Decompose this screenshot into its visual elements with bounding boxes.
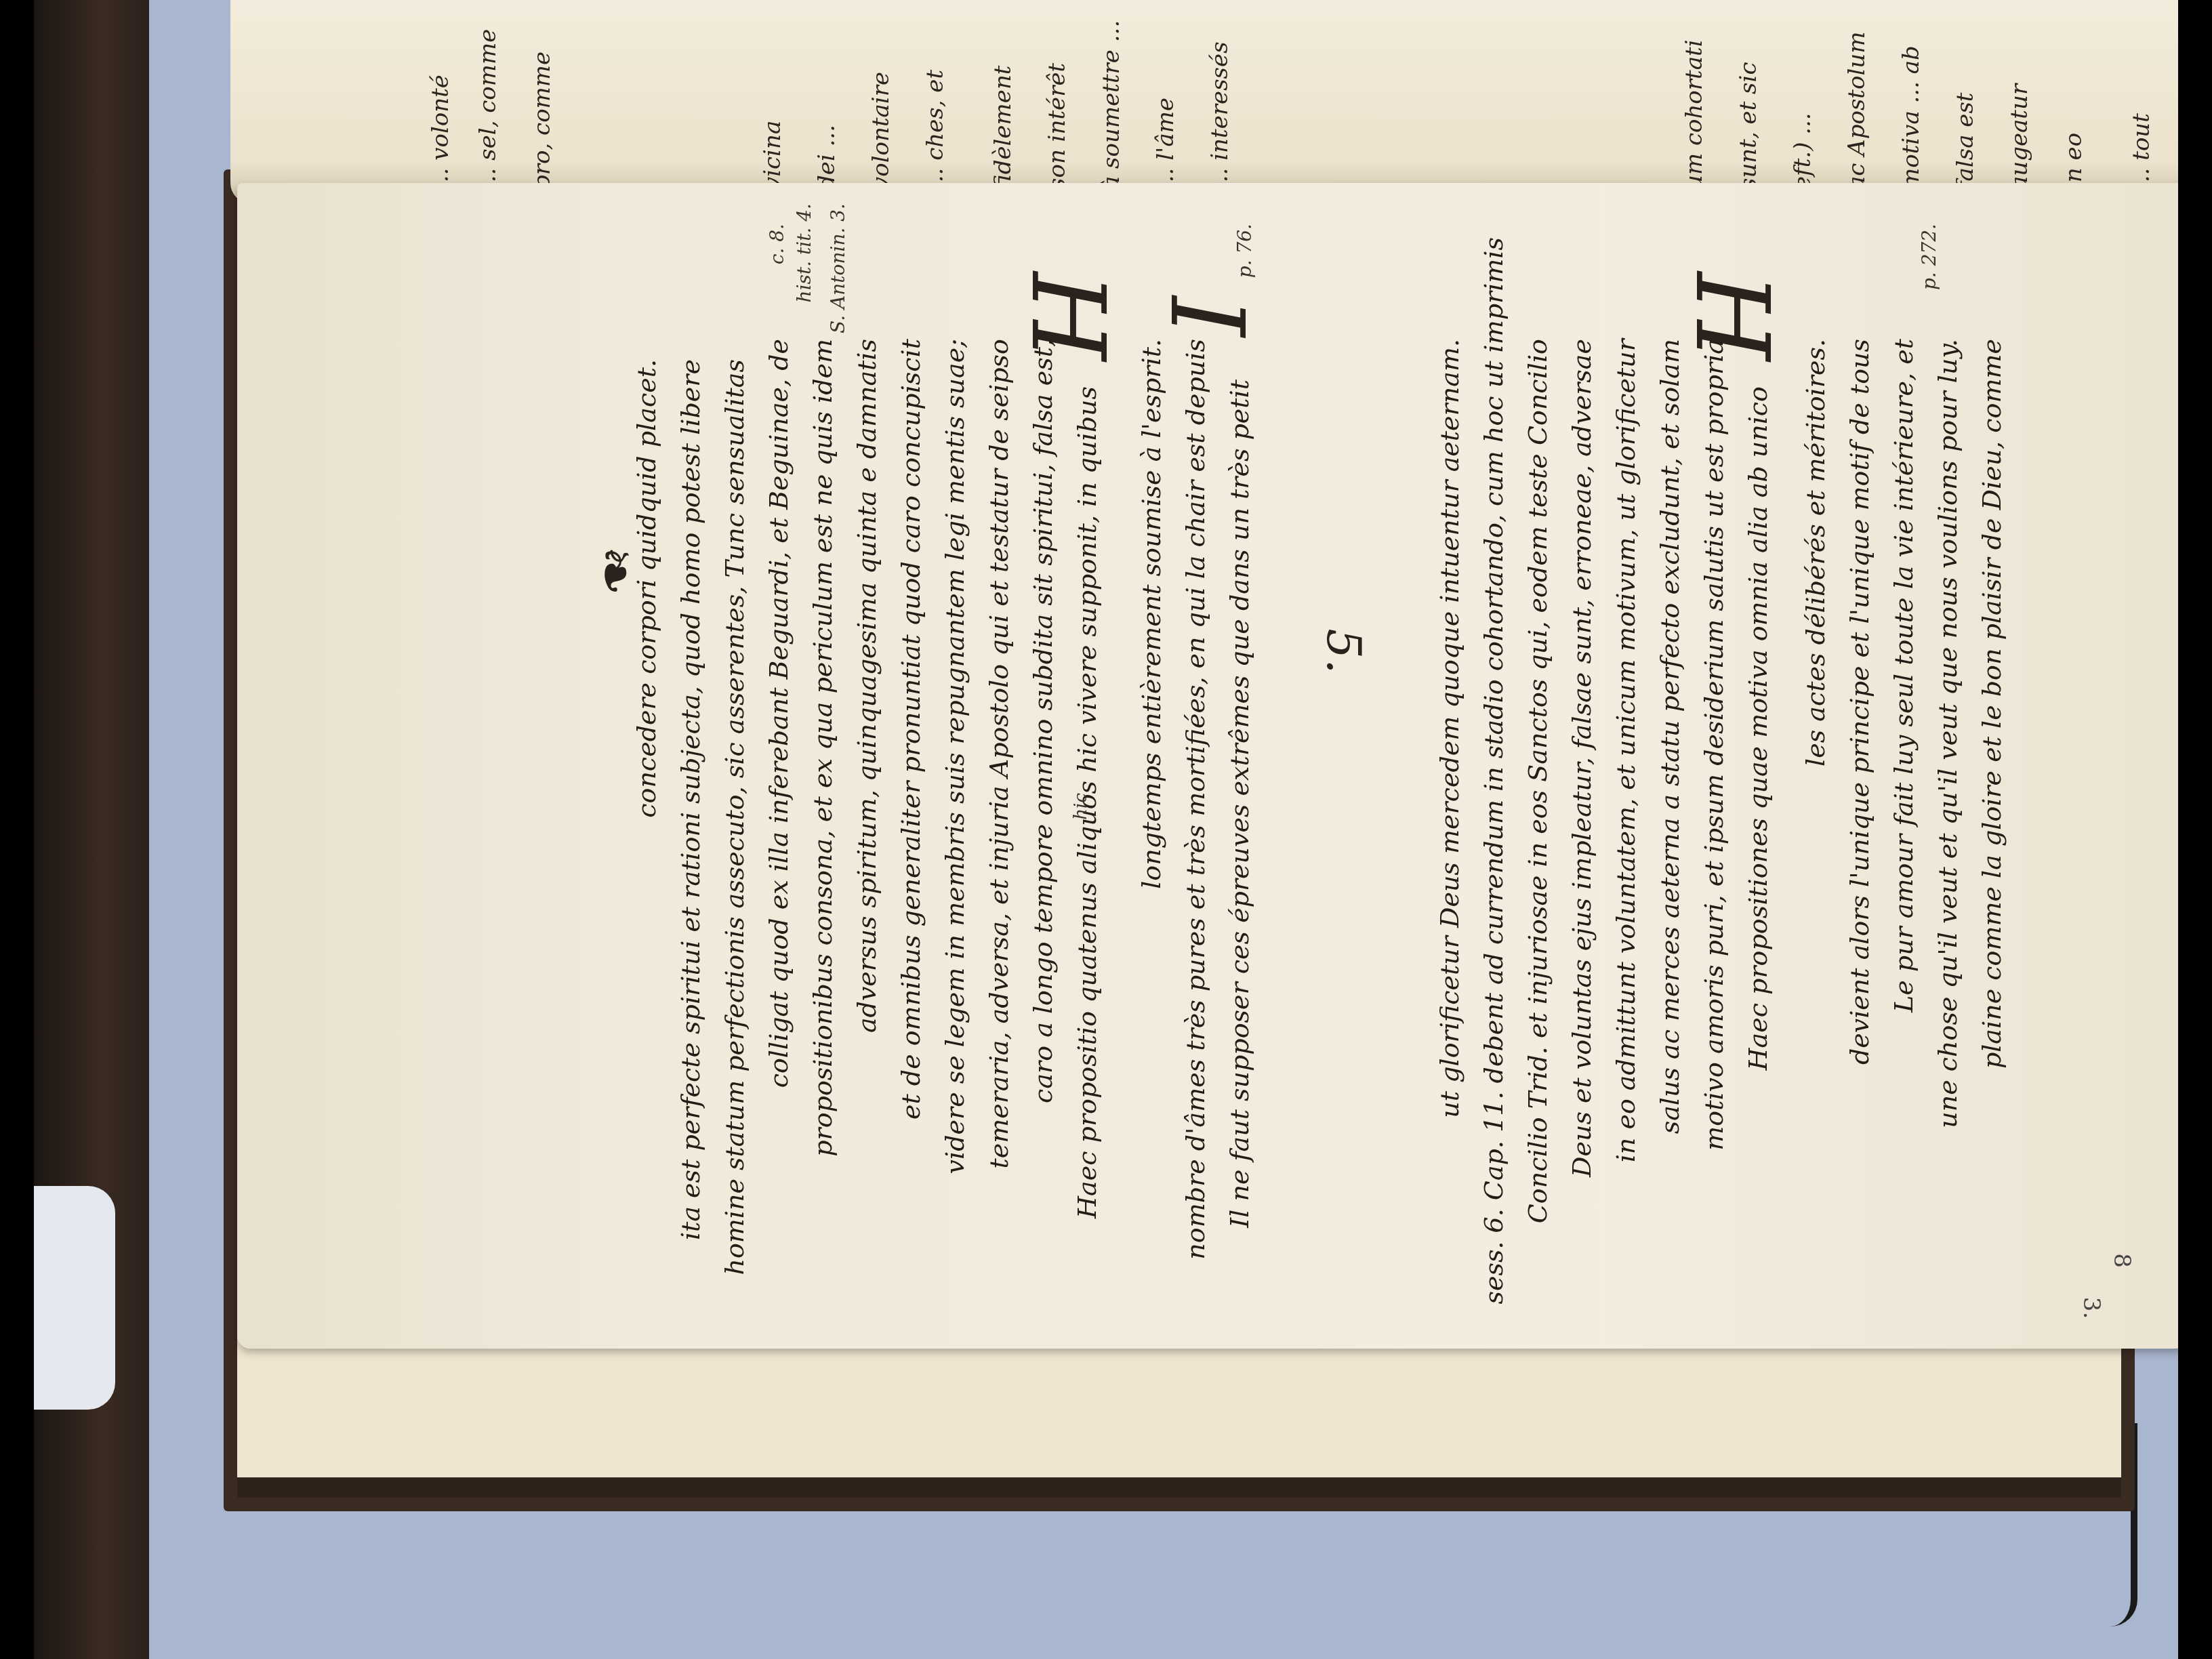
manuscript-page: plaine comme la gloire et le bon plaisir… bbox=[237, 183, 2178, 1349]
text-line: in eo admittunt voluntatem, et unicum mo… bbox=[1613, 339, 1639, 1162]
upper-fragment: falsa est bbox=[1952, 0, 1979, 190]
text-line: temeraria, adversa, et injuria Apostolo … bbox=[986, 339, 1012, 1169]
upper-fragment: ... tout bbox=[2128, 0, 2155, 190]
decorated-initial: H bbox=[1673, 272, 1790, 361]
text-line: caro a longo tempore omnino subdita sit … bbox=[1030, 339, 1056, 1103]
upper-fragment: ... interessés bbox=[1206, 0, 1233, 190]
upper-fragment: eft.) ... bbox=[1789, 0, 1816, 190]
margin-reference: p. 76. bbox=[1233, 224, 1256, 278]
text-line: sess. 6. Cap. 11. debent ad currendum in… bbox=[1481, 237, 1507, 1305]
section-number: 5. bbox=[1316, 629, 1372, 674]
page-number: 8 bbox=[2108, 1253, 2135, 1268]
upper-fragment: ... ches, et bbox=[922, 0, 949, 190]
text-line: ut glorificetur Deus mercedem quoque int… bbox=[1437, 339, 1462, 1118]
margin-reference: p. 272. bbox=[1918, 224, 1940, 290]
text-line: motivo amoris puri, et ipsum desiderium … bbox=[1701, 339, 1727, 1151]
margin-reference: c. 8. bbox=[766, 224, 788, 264]
text-line: Il ne faut supposer ces épreuves extrême… bbox=[1227, 380, 1252, 1228]
upper-fragment: son intérêt bbox=[1044, 0, 1071, 190]
dark-table-edge bbox=[34, 0, 149, 1659]
text-line: videre se legem in membris suis repugnan… bbox=[942, 339, 968, 1174]
upper-fragment: fidèlement bbox=[989, 0, 1017, 190]
upper-fragment: ... l'âme bbox=[1152, 0, 1179, 190]
upper-fragment: ac Apostolum bbox=[1843, 0, 1870, 190]
upper-fragment: sunt, et sic bbox=[1735, 0, 1762, 190]
upper-fragment: augeatur bbox=[2006, 0, 2033, 190]
decorated-initial: I bbox=[1147, 296, 1265, 336]
text-line: Haec propositiones quae motiva omnia ali… bbox=[1745, 386, 1771, 1071]
upper-fragment: à soumettre ... bbox=[1098, 0, 1125, 190]
interlinear-note: hic bbox=[1071, 793, 1091, 820]
text-line: adversus spiritum, quinquagesima quinta … bbox=[854, 339, 880, 1033]
paraph-flourish-icon: ❧ bbox=[579, 546, 651, 596]
upper-fragment: ... volonté bbox=[427, 0, 454, 190]
upper-fragment: um cohortati bbox=[1681, 0, 1708, 190]
upper-fragment: ... sel, comme bbox=[474, 0, 501, 190]
text-line: colligat quod ex illa inferebant Beguard… bbox=[766, 339, 792, 1088]
upper-fragment: motiva ... ab bbox=[1898, 0, 1925, 190]
text-line: homine statum perfectionis assecuto, sic… bbox=[722, 359, 747, 1275]
text-line: plaine comme la gloire et le bon plaisir… bbox=[1979, 339, 2005, 1069]
text-line: les actes délibérés et méritoires. bbox=[1803, 339, 1828, 766]
text-line: nombre d'âmes très pures et très mortifi… bbox=[1183, 339, 1208, 1260]
upper-fragment: vicina bbox=[759, 0, 786, 190]
white-cloth bbox=[34, 1186, 115, 1410]
margin-reference: S. Antonin. 3. bbox=[827, 203, 849, 333]
text-line: propositionibus consona, et ex qua peric… bbox=[810, 339, 836, 1157]
text-line: longtemps entièrement soumise à l'esprit… bbox=[1139, 339, 1164, 889]
text-line: Le pur amour fait luy seul toute la vie … bbox=[1891, 339, 1917, 1012]
text-line: Concilio Trid. et injuriosae in eos Sanc… bbox=[1525, 339, 1551, 1223]
upper-fragment: volontaire bbox=[867, 0, 895, 190]
photograph: ... tout in eo augeatur falsa est motiva… bbox=[34, 0, 2178, 1659]
text-line: devient alors l'unique principe et l'uni… bbox=[1847, 339, 1872, 1065]
upper-page: ... tout in eo augeatur falsa est motiva… bbox=[230, 0, 2178, 203]
text-line: et de omnibus generaliter pronuntiat quo… bbox=[898, 339, 924, 1120]
decorated-initial: H bbox=[1008, 272, 1126, 361]
text-line: Deus et voluntas ejus impleatur, falsae … bbox=[1569, 339, 1595, 1177]
margin-reference: hist. tit. 4. bbox=[793, 203, 815, 302]
upper-fragment: pro, comme bbox=[529, 0, 556, 190]
page-number: 3. bbox=[2078, 1297, 2105, 1319]
text-line: ita est perfecte spiritui et rationi sub… bbox=[678, 359, 703, 1240]
upper-fragment: dei ... bbox=[813, 0, 840, 190]
text-line: salus ac merces aeterna a statu perfecto… bbox=[1657, 339, 1683, 1134]
text-line: une chose qu'il veut et qu'il veut que n… bbox=[1935, 339, 1961, 1128]
upper-fragment: in eo bbox=[2060, 0, 2087, 190]
